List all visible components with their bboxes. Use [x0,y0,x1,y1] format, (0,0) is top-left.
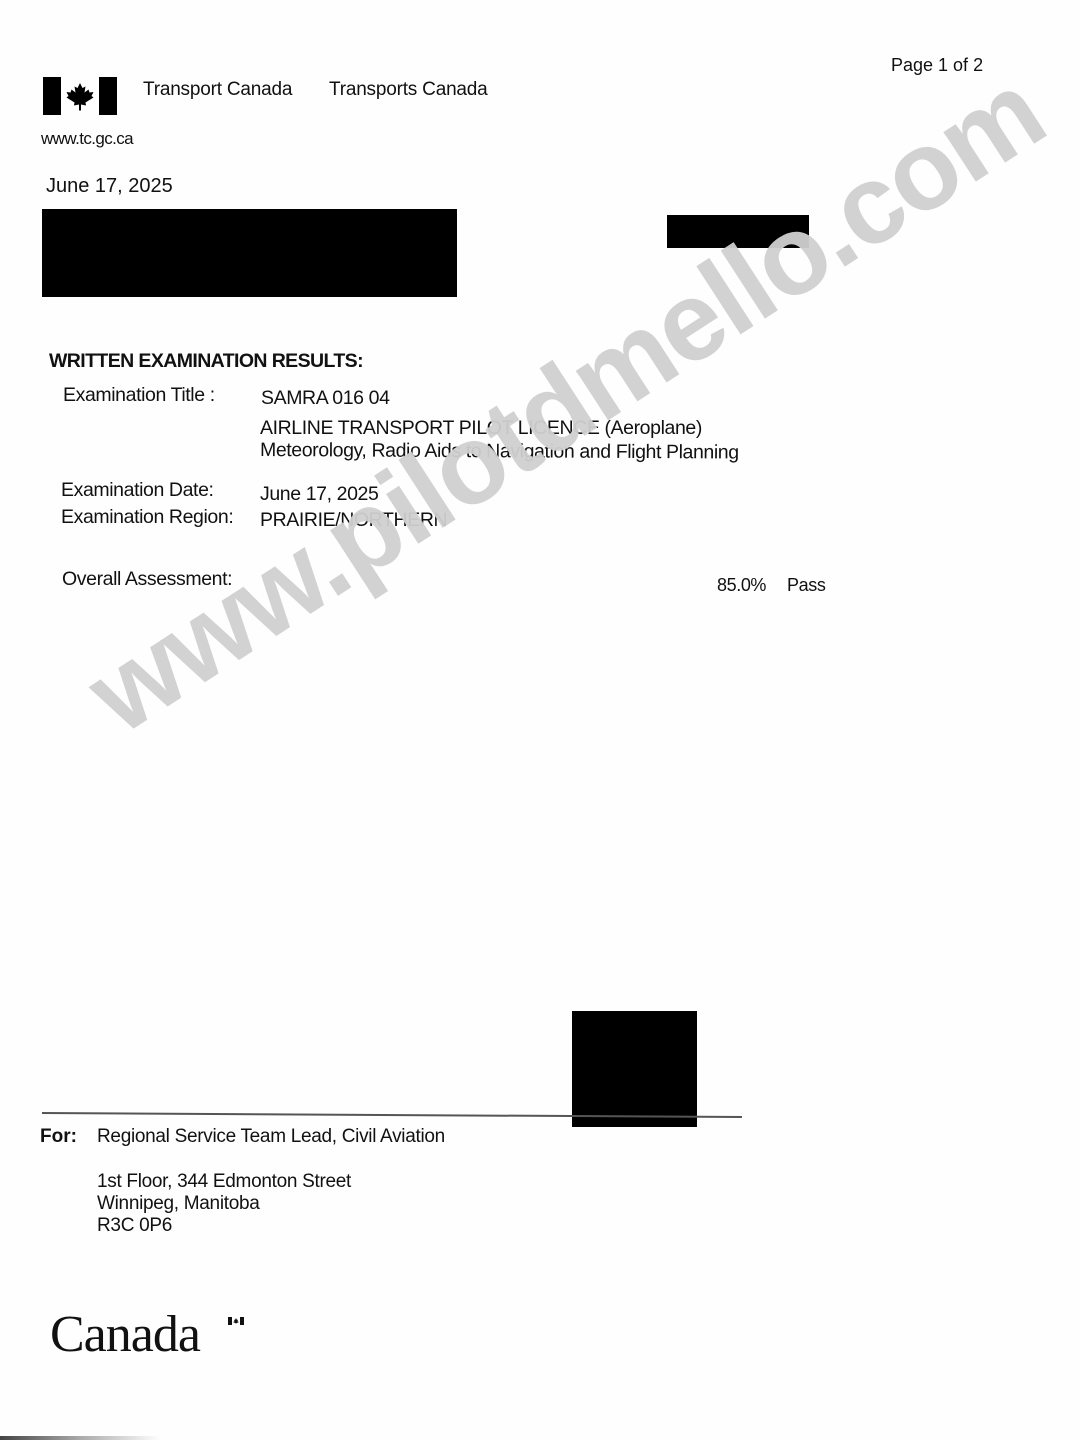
exam-name-line1: AIRLINE TRANSPORT PILOT LICENCE (Aeropla… [260,417,702,440]
scan-edge [0,1436,160,1440]
page-indicator: Page 1 of 2 [891,55,983,76]
exam-title-label: Examination Title : [63,384,215,407]
section-title: WRITTEN EXAMINATION RESULTS: [49,350,363,373]
watermark: www.pilotdmello.com [65,46,1065,758]
exam-region-label: Examination Region: [61,506,233,529]
redacted-id-block [667,215,809,248]
address-line-2: Winnipeg, Manitoba [97,1193,260,1215]
redacted-recipient-block [42,209,457,297]
outcome-status: Pass [787,575,825,596]
exam-code: SAMRA 016 04 [261,387,390,410]
signatory-title: Regional Service Team Lead, Civil Aviati… [97,1126,445,1148]
canada-flag-icon [43,77,117,115]
address-line-1: 1st Floor, 344 Edmonton Street [97,1171,351,1193]
wordmark-flag-icon [228,1317,244,1325]
exam-region: PRAIRIE/NORTHERN [260,509,447,532]
exam-date-label: Examination Date: [61,479,214,502]
redacted-signature [572,1011,697,1127]
letter-date: June 17, 2025 [46,175,173,198]
exam-name-line2: Meteorology, Radio Aids to Navigation an… [260,439,739,465]
for-label: For: [40,1126,77,1148]
score-value: 85.0% [717,575,766,596]
exam-date: June 17, 2025 [260,483,378,506]
website-link[interactable]: www.tc.gc.ca [41,129,133,149]
department-name-fr: Transports Canada [329,79,488,101]
overall-assessment-label: Overall Assessment: [62,568,232,591]
department-name-en: Transport Canada [143,79,292,101]
canada-wordmark: Canada [50,1305,200,1364]
address-line-3: R3C 0P6 [97,1215,172,1237]
wordmark-text: Canada [50,1306,200,1363]
